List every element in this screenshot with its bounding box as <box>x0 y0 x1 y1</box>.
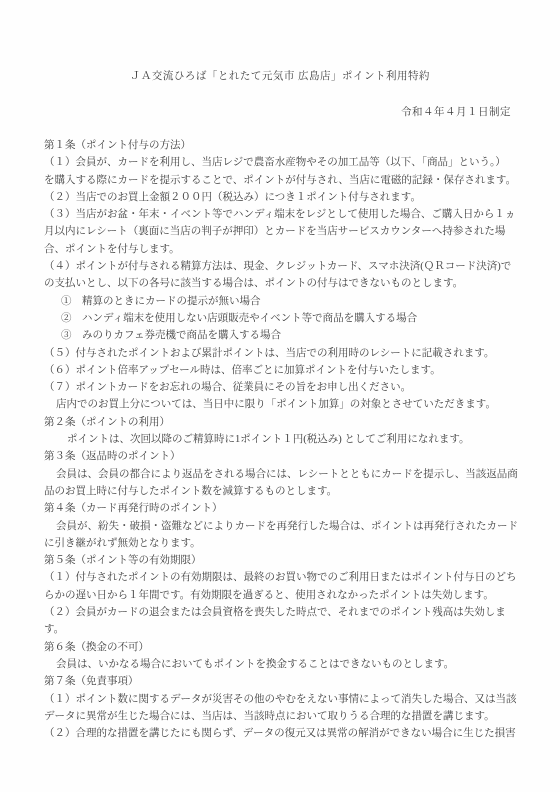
page-title: ＪＡ交流ひろば「とれたて元気市 広島店」ポイント利用特約 <box>0 68 560 83</box>
document-line: らかの遅い日から１年間です。有効期限を過ぎると、使用されなかったポイントは失効し… <box>44 587 560 604</box>
document-line: す。 <box>44 621 560 638</box>
document-line: 第５条（ポイント等の有効期限） <box>44 552 560 569</box>
document-line: （６）ポイント倍率アップセール時は、倍率ごとに加算ポイントを付与いたします。 <box>44 362 560 379</box>
document-line: （１）会員が、カードを利用し、当店レジで農畜水産物やその加工品等（以下、「商品」… <box>44 154 560 171</box>
document-page: ＪＡ交流ひろば「とれたて元気市 広島店」ポイント利用特約 令和４年４月１日制定 … <box>0 0 560 792</box>
document-line: データに異常が生じた場合には、当店は、当該時点において取りうる合理的な措置を講じ… <box>44 708 560 725</box>
document-line: 店内でのお買上分については、当日中に限り「ポイント加算」の対象とさせていただきま… <box>56 396 560 413</box>
document-line: の支払いとし、以下の各号に該当する場合は、ポイントの付与はできないものとします。 <box>44 275 560 292</box>
document-line: 第６条（換金の不可） <box>44 639 560 656</box>
document-line: （４）ポイントが付与される精算方法は、現金、クレジットカード、スマホ決済(ＱＲコ… <box>44 258 560 275</box>
document-line: （３）当店がお盆・年末・イベント等でハンディ端末をレジとして使用した場合、ご購入… <box>44 206 560 223</box>
document-line: 会員は、いかなる場合においてもポイントを換金することはできないものとします。 <box>56 656 560 673</box>
document-line: に引き継がれず無効となります。 <box>44 535 560 552</box>
document-line: （１）付与されたポイントの有効期限は、最終のお買い物でのご利用日またはポイント付… <box>44 569 560 586</box>
document-line: 会員は、会員の都合により返品をされる場合には、レシートとともにカードを提示し、当… <box>56 466 560 483</box>
document-body: 第１条（ポイント付与の方法）（１）会員が、カードを利用し、当店レジで農畜水産物や… <box>44 137 560 742</box>
document-line: 会員が、紛失・破損・盗難などによりカードを再発行した場合は、ポイントは再発行され… <box>56 518 560 535</box>
document-line: 第１条（ポイント付与の方法） <box>44 137 560 154</box>
document-line: 第２条（ポイントの利用） <box>44 414 560 431</box>
document-line: 第３条（返品時のポイント） <box>44 448 560 465</box>
document-line: ポイントは、次回以降のご精算時に1ポイント１円(税込み) としてご利用になれます… <box>67 431 560 448</box>
document-line: 第７条（免責事項） <box>44 673 560 690</box>
document-line: （２）当店でのお買上金額２００円（税込み）につき１ポイント付与されます。 <box>44 189 560 206</box>
document-line: ② ハンディ端末を使用しない店頭販売やイベント等で商品を購入する場合 <box>61 310 560 327</box>
document-line: （２）合理的な措置を講じたにも関らず、データの復元又は異常の解消ができない場合に… <box>44 725 560 742</box>
document-line: （５）付与されたポイントおよび累計ポイントは、当店での利用時のレシートに記載され… <box>44 345 560 362</box>
document-line: 月以内にレシート（裏面に当店の判子が押印）とカードを当店サービスカウンターへ持参… <box>44 223 560 240</box>
document-line: を購入する際にカードを提示することで、ポイントが付与され、当店に電磁的記録・保存… <box>44 172 560 189</box>
document-line: ③ みのりカフェ券売機で商品を購入する場合 <box>61 327 560 344</box>
enactment-date: 令和４年４月１日制定 <box>0 104 560 119</box>
document-line: 品のお買上時に付与したポイント数を減算するものとします。 <box>44 483 560 500</box>
document-line: ① 精算のときにカードの提示が無い場合 <box>61 293 560 310</box>
document-line: （２）会員がカードの退会または会員資格を喪失した時点で、それまでのポイント残高は… <box>44 604 560 621</box>
document-line: （７）ポイントカードをお忘れの場合、従業員にその旨をお申し出ください。 <box>44 379 560 396</box>
document-line: 合、ポイントを付与します。 <box>44 241 560 258</box>
document-line: （１）ポイント数に関するデータが災害その他のやむをえない事情によって消失した場合… <box>44 691 560 708</box>
document-line: 第４条（カード再発行時のポイント） <box>44 500 560 517</box>
